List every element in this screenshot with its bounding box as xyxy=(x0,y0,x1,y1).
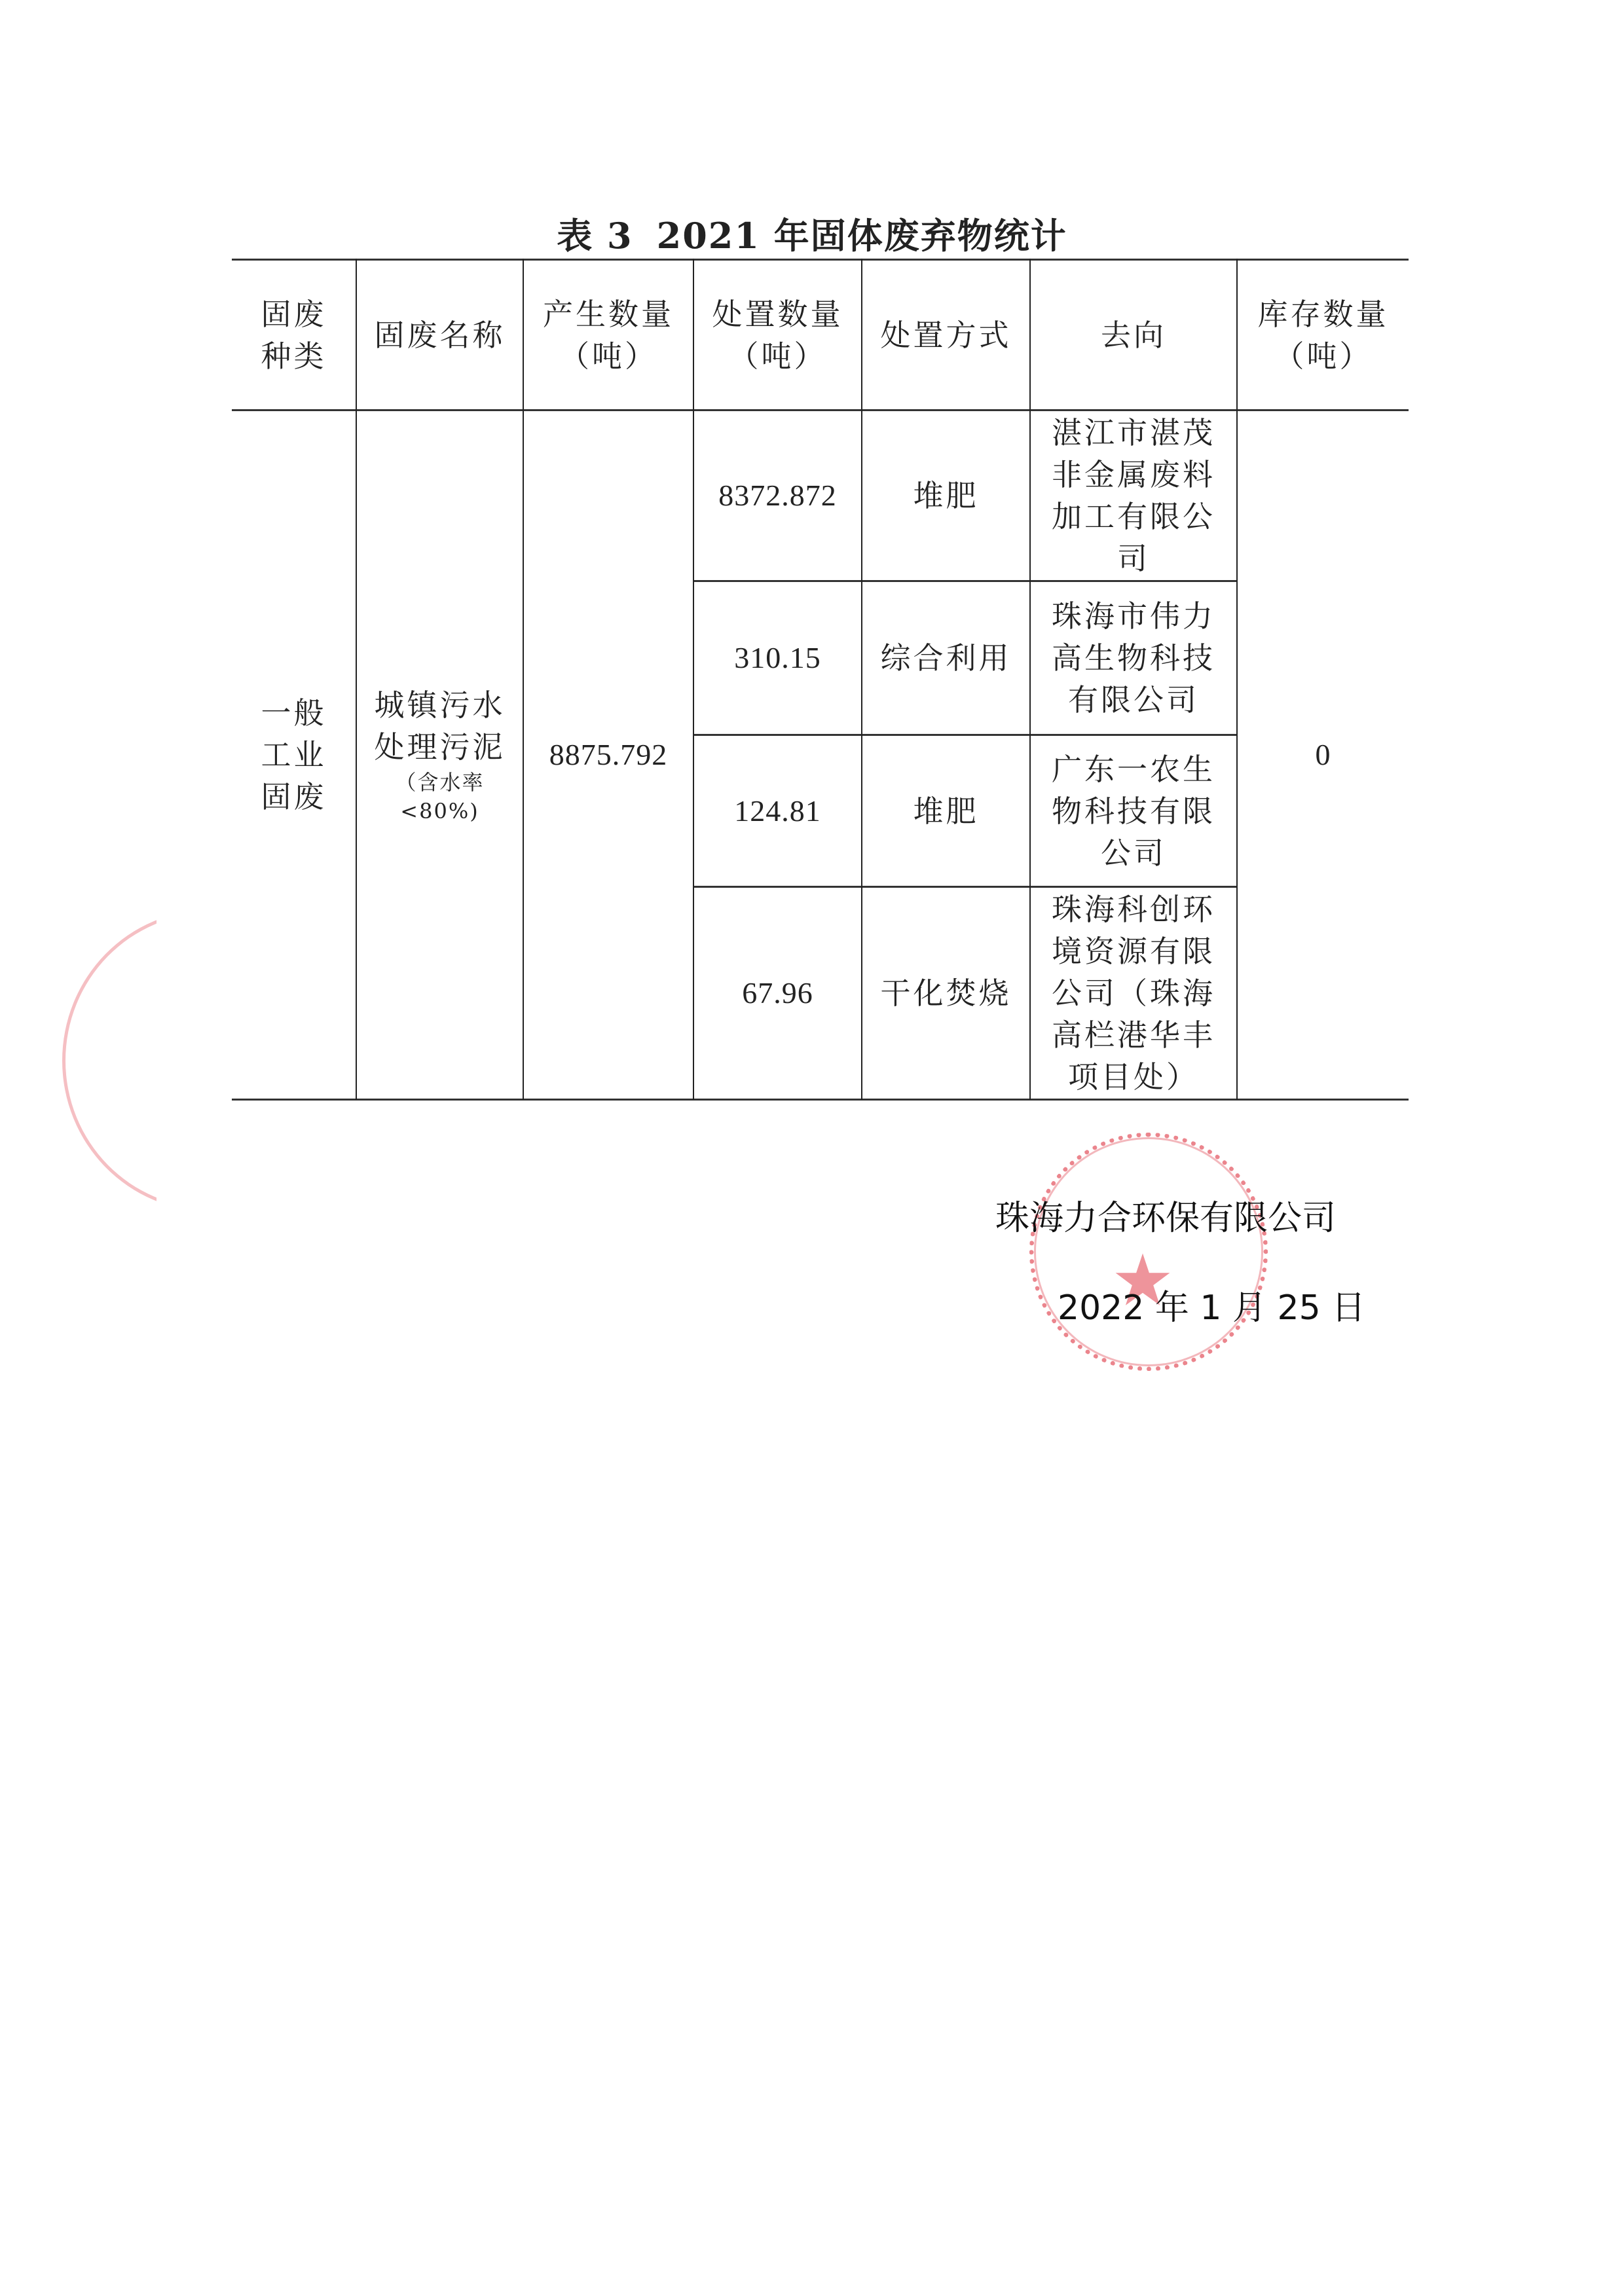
disposed-amount-cell: 8372.872 xyxy=(694,411,861,580)
destination-cell: 珠海市伟力高生物科技有限公司 xyxy=(1031,582,1236,734)
table-bottom-border xyxy=(232,1099,1409,1101)
waste-statistics-table: 固废种类 固废名称 产生数量（吨） 处置数量（吨） 处置方式 去向 库存数量（吨… xyxy=(232,259,1409,1100)
header-cell-method: 处置方式 xyxy=(862,261,1029,409)
disposed-amount-cell: 124.81 xyxy=(694,736,861,886)
disposal-method-cell: 堆肥 xyxy=(862,411,1029,580)
header-cell-produced: 产生数量（吨） xyxy=(524,261,693,409)
moisture-note: （含水率 xyxy=(375,768,506,797)
produced-amount-cell: 8875.792 xyxy=(524,411,693,1099)
title-year: 2021 xyxy=(657,215,760,257)
destination-cell: 湛江市湛茂非金属废料加工有限公司 xyxy=(1031,411,1236,580)
disposed-amount-cell: 67.96 xyxy=(694,888,861,1099)
title-text: 年固体废弃物统计 xyxy=(774,215,1067,257)
destination-cell: 广东一农生物科技有限公司 xyxy=(1031,736,1236,886)
header-cell-disposed: 处置数量（吨） xyxy=(694,261,861,409)
header-cell-name: 固废名称 xyxy=(357,261,523,409)
destination-cell: 珠海科创环境资源有限公司（珠海高栏港华丰项目处） xyxy=(1031,888,1236,1099)
moisture-note: <80%) xyxy=(375,797,506,826)
header-cell-destination: 去向 xyxy=(1031,261,1236,409)
signature-date: 2022 年 1 月 25 日 xyxy=(1058,1280,1365,1329)
disposed-amount-cell: 310.15 xyxy=(694,582,861,734)
disposal-method-cell: 堆肥 xyxy=(862,736,1029,886)
stock-amount-cell: 0 xyxy=(1238,411,1409,1099)
table-number: 表 3 xyxy=(557,215,633,257)
table-title: 表 32021 年固体废弃物统计 xyxy=(0,208,1624,259)
header-cell-stock: 库存数量（吨） xyxy=(1238,261,1409,409)
waste-name-cell: 城镇污水 处理污泥 （含水率 <80%) xyxy=(357,411,523,1099)
category-cell: 一般工业固废 xyxy=(232,411,356,1099)
disposal-method-cell: 干化焚烧 xyxy=(862,888,1029,1099)
company-name: 珠海力合环保有限公司 xyxy=(995,1190,1336,1239)
disposal-method-cell: 综合利用 xyxy=(862,582,1029,734)
header-cell-category: 固废种类 xyxy=(232,261,356,409)
